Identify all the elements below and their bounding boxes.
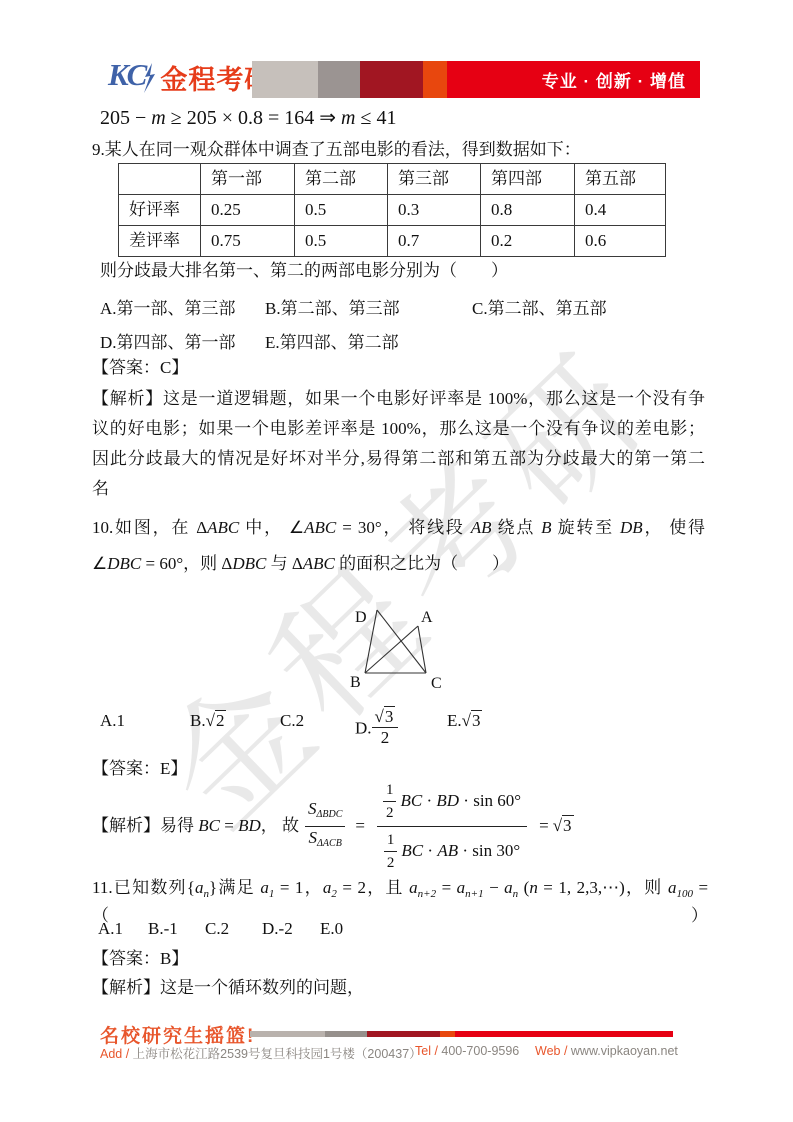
bar-segment-red (455, 1031, 673, 1037)
footer-color-bar (250, 1031, 673, 1037)
cell: 0.7 (388, 226, 481, 257)
footer-website[interactable]: Web / www.vipkaoyan.net (535, 1044, 678, 1058)
cell: 0.5 (295, 226, 388, 257)
option-b: B.√2 (190, 711, 226, 731)
option-c: C.第二部、第五部 (472, 294, 607, 319)
option-d: D.√32 (355, 709, 398, 750)
header-cell: 第一部 (201, 164, 295, 195)
big-fraction: 12 BC · BD · sin 60° 12 BC · AB · sin 30… (377, 777, 527, 876)
cell: 0.3 (388, 195, 481, 226)
bar-segment-gray (318, 61, 360, 98)
header-cell (119, 164, 201, 195)
formula-top: 205 − m ≥ 205 × 0.8 = 164 ⇒ m ≤ 41 (100, 107, 396, 129)
cell: 0.6 (575, 226, 666, 257)
area-ratio-fraction: SΔBDC SΔACB (305, 798, 345, 855)
equals-sign: = (355, 815, 365, 837)
q11-stem: 11.已知数列{an}满足 a1 = 1，a2 = 2，且 an+2 = an+… (92, 877, 708, 927)
company-logo: KC 金程考研 (108, 56, 272, 98)
q11-explanation: 【解析】这是一个循环数列的问题， (92, 977, 364, 999)
q10-explanation: 【解析】易得 BC = BD， 故 SΔBDC SΔACB = 12 BC · … (92, 787, 574, 865)
q9-explain-line: 名 (92, 478, 109, 500)
header-cell: 第二部 (295, 164, 388, 195)
row-label: 差评率 (119, 226, 201, 257)
bar-segment-lightgray (250, 1031, 325, 1037)
q10-answer: 【答案：E】 (92, 758, 187, 780)
vertex-label-d: D (355, 609, 367, 626)
cell: 0.2 (481, 226, 575, 257)
vertex-label-c: C (431, 675, 442, 692)
vertex-label-b: B (350, 674, 361, 691)
table-row: 好评率 0.25 0.5 0.3 0.8 0.4 (119, 195, 666, 226)
cell: 0.8 (481, 195, 575, 226)
bar-segment-gray (325, 1031, 367, 1037)
option-e: E.第四部、第二部 (265, 328, 399, 353)
q9-answer: 【答案：C】 (92, 357, 188, 379)
bar-segment-orange (423, 61, 447, 98)
option-a: A.第一部、第三部 (100, 294, 236, 319)
option-a: A.1 (100, 711, 125, 731)
cell: 0.5 (295, 195, 388, 226)
q11-answer: 【答案：B】 (92, 948, 188, 970)
header-cell: 第四部 (481, 164, 575, 195)
q9-rating-table: 第一部 第二部 第三部 第四部 第五部 好评率 0.25 0.5 0.3 0.8… (118, 163, 666, 257)
vertex-label-a: A (421, 609, 433, 626)
option-d: D.第四部、第一部 (100, 328, 236, 353)
bar-segment-darkred (367, 1031, 440, 1037)
option-b: B.-1 (148, 919, 178, 939)
cell: 0.75 (201, 226, 295, 257)
bar-segment-lightgray (252, 61, 318, 98)
document-page: 金程考研 KC 金程考研 专业 · 创新 · 增值 205 − m ≥ 205 … (0, 0, 793, 1122)
result-sqrt3: √3 (553, 815, 574, 837)
bar-segment-darkred (360, 61, 423, 98)
q9-explain-line: 因此分歧最大的情况是好坏对半分,易得第二部和第五部为分歧最大的第一第二 (92, 448, 705, 470)
option-a: A.1 (98, 919, 123, 939)
option-e: E.√3 (447, 711, 482, 731)
cell: 0.25 (201, 195, 295, 226)
option-c: C.2 (280, 711, 304, 731)
q9-explain-line: 议的好电影；如果一个电影差评率是 100%，那么这是一个没有争议的差电影； (92, 418, 705, 440)
header-color-bar: 专业 · 创新 · 增值 (252, 61, 700, 98)
q10-stem-line1: 10.如图，在 ΔABC 中， ∠ABC = 30°， 将线段 AB 绕点 B … (92, 517, 705, 539)
footer-telephone: Tel / 400-700-9596 (415, 1044, 519, 1058)
slogan-text: 专业 · 创新 · 增值 (542, 67, 686, 92)
q9-explain-line: 【解析】这是一道逻辑题，如果一个电影好评率是 100%，那么这是一个没有争 (92, 388, 705, 410)
q10-explain-prefix: 【解析】易得 BC = BD， 故 (92, 815, 299, 837)
footer-address: Add / 上海市松花江路2539号复旦科技园1号楼（200437） (100, 1044, 422, 1062)
option-c: C.2 (205, 919, 229, 939)
bar-segment-orange (440, 1031, 455, 1037)
table-row: 差评率 0.75 0.5 0.7 0.2 0.6 (119, 226, 666, 257)
q10-stem-line2: ∠DBC = 60°，则 ΔDBC 与 ΔABC 的面积之比为（ ） (92, 553, 509, 575)
kcy-logo-icon: KC (108, 57, 145, 93)
q10-triangle-figure: D A B C (333, 596, 455, 694)
option-b: B.第二部、第三部 (265, 294, 400, 319)
cell: 0.4 (575, 195, 666, 226)
page-header: KC 金程考研 专业 · 创新 · 增值 (0, 0, 793, 110)
equals-sign: = (539, 815, 549, 837)
row-label: 好评率 (119, 195, 201, 226)
q9-stem: 9.某人在同一观众群体中调查了五部电影的看法，得到数据如下： (92, 139, 581, 161)
header-cell: 第三部 (388, 164, 481, 195)
option-d: D.-2 (262, 919, 293, 939)
page-footer: 名校研究生摇篮! Add / 上海市松花江路2539号复旦科技园1号楼（2004… (0, 1014, 793, 1084)
slogan-banner: 专业 · 创新 · 增值 (447, 61, 700, 98)
q9-question: 则分歧最大排名第一、第二的两部电影分别为（ ） (100, 260, 508, 282)
option-e: E.0 (320, 919, 343, 939)
table-header-row: 第一部 第二部 第三部 第四部 第五部 (119, 164, 666, 195)
lightning-bolt-icon (142, 63, 158, 98)
header-cell: 第五部 (575, 164, 666, 195)
